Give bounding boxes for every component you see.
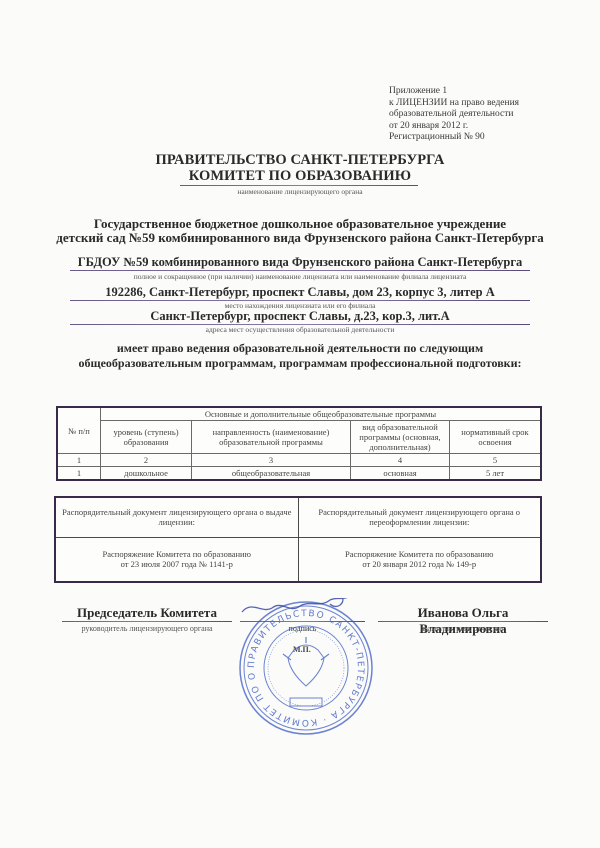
name-underline bbox=[378, 621, 548, 622]
appendix-date: от 20 января 2012 г. bbox=[389, 121, 569, 133]
reissue-doc-line-2: от 20 января 2012 года № 149-р bbox=[301, 559, 539, 570]
row-type: основная bbox=[351, 467, 450, 481]
licensee-full-name-line-1: Государственное бюджетное дошкольное обр… bbox=[0, 217, 600, 231]
index-cell: 3 bbox=[192, 454, 351, 467]
issue-doc-line-1: Распоряжение Комитета по образованию bbox=[58, 549, 296, 560]
programs-subheader-row: уровень (ступень) образования направленн… bbox=[57, 421, 541, 454]
col-number-header: № п/п bbox=[57, 407, 101, 454]
name-caption: фамилия, имя, отчество bbox=[378, 624, 548, 633]
col-type-header: вид образовательной программы (основная,… bbox=[351, 421, 450, 454]
decisions-doc-row: Распоряжение Комитета по образованию от … bbox=[55, 537, 541, 582]
issue-decision-doc: Распоряжение Комитета по образованию от … bbox=[55, 537, 298, 582]
position-underline bbox=[62, 621, 232, 622]
col-term-header: нормативный срок освоения bbox=[450, 421, 542, 454]
programs-group-header: Основные и дополнительные общеобразовате… bbox=[101, 407, 542, 421]
rights-line-2: общеобразовательным программам, программ… bbox=[0, 356, 600, 371]
decisions-header-row: Распорядительный документ лицензирующего… bbox=[55, 497, 541, 537]
table-row: 1 дошкольное общеобразовательная основна… bbox=[57, 467, 541, 481]
row-term: 5 лет bbox=[450, 467, 542, 481]
short-name-caption: полное и сокращенное (при наличии) наиме… bbox=[0, 272, 600, 281]
index-cell: 5 bbox=[450, 454, 542, 467]
reissue-decision-doc: Распоряжение Комитета по образованию от … bbox=[298, 537, 541, 582]
decisions-table: Распорядительный документ лицензирующего… bbox=[54, 496, 542, 583]
appendix-number: Приложение 1 bbox=[389, 86, 569, 98]
authority-underline bbox=[180, 185, 418, 186]
rights-line-1: имеет право ведения образовательной деят… bbox=[0, 341, 600, 356]
col-level-header: уровень (ступень) образования bbox=[101, 421, 192, 454]
appendix-header: Приложение 1 к ЛИЦЕНЗИИ на право ведения… bbox=[389, 86, 569, 144]
col-direction-header: направленность (наименование) образовате… bbox=[192, 421, 351, 454]
row-level: дошкольное bbox=[101, 467, 192, 481]
index-cell: 4 bbox=[351, 454, 450, 467]
licensee-full-name: Государственное бюджетное дошкольное обр… bbox=[0, 217, 600, 245]
licensee-location: 192286, Санкт-Петербург, проспект Славы,… bbox=[0, 285, 600, 300]
licensee-short-name: ГБДОУ №59 комбинированного вида Фрунзенс… bbox=[0, 255, 600, 270]
programs-header-row: № п/п Основные и дополнительные общеобра… bbox=[57, 407, 541, 421]
official-stamp-icon: ПРАВИТЕЛЬСТВО САНКТ-ПЕТЕРБУРГА · КОМИТЕТ… bbox=[236, 598, 376, 738]
index-cell: 2 bbox=[101, 454, 192, 467]
appendix-license-ref: к ЛИЦЕНЗИИ на право ведения bbox=[389, 98, 569, 110]
activity-address: Санкт-Петербург, проспект Славы, д.23, к… bbox=[0, 309, 600, 324]
position-caption: руководитель лицензирующего органа bbox=[62, 624, 232, 633]
row-number: 1 bbox=[57, 467, 101, 481]
issue-doc-line-2: от 23 июля 2007 года № 1141-р bbox=[58, 559, 296, 570]
authority-line-2: КОМИТЕТ ПО ОБРАЗОВАНИЮ bbox=[0, 168, 600, 184]
authority-line-1: ПРАВИТЕЛЬСТВО САНКТ-ПЕТЕРБУРГА bbox=[0, 152, 600, 168]
reissue-decision-header: Распорядительный документ лицензирующего… bbox=[298, 497, 541, 537]
authority-title: ПРАВИТЕЛЬСТВО САНКТ-ПЕТЕРБУРГА КОМИТЕТ П… bbox=[0, 152, 600, 184]
short-name-underline bbox=[70, 270, 530, 271]
programs-index-row: 1 2 3 4 5 bbox=[57, 454, 541, 467]
appendix-license-ref-2: образовательной деятельности bbox=[389, 109, 569, 121]
activity-address-caption: адреса мест осуществления образовательно… bbox=[0, 325, 600, 334]
appendix-reg-number: Регистрационный № 90 bbox=[389, 132, 569, 144]
license-appendix-page: Приложение 1 к ЛИЦЕНЗИИ на право ведения… bbox=[0, 0, 600, 848]
programs-table: № п/п Основные и дополнительные общеобра… bbox=[56, 406, 542, 481]
issue-decision-header: Распорядительный документ лицензирующего… bbox=[55, 497, 298, 537]
authority-caption: наименование лицензирующего органа bbox=[0, 187, 600, 196]
signer-position: Председатель Комитета bbox=[62, 605, 232, 621]
reissue-doc-line-1: Распоряжение Комитета по образованию bbox=[301, 549, 539, 560]
stamp-ring-text: ПРАВИТЕЛЬСТВО САНКТ-ПЕТЕРБУРГА · КОМИТЕТ… bbox=[236, 598, 365, 727]
index-cell: 1 bbox=[57, 454, 101, 467]
rights-statement: имеет право ведения образовательной деят… bbox=[0, 341, 600, 370]
svg-text:ПРАВИТЕЛЬСТВО САНКТ-ПЕТЕРБУРГА: ПРАВИТЕЛЬСТВО САНКТ-ПЕТЕРБУРГА · КОМИТЕТ… bbox=[236, 598, 365, 727]
licensee-full-name-line-2: детский сад №59 комбинированного вида Фр… bbox=[0, 231, 600, 245]
row-direction: общеобразовательная bbox=[192, 467, 351, 481]
